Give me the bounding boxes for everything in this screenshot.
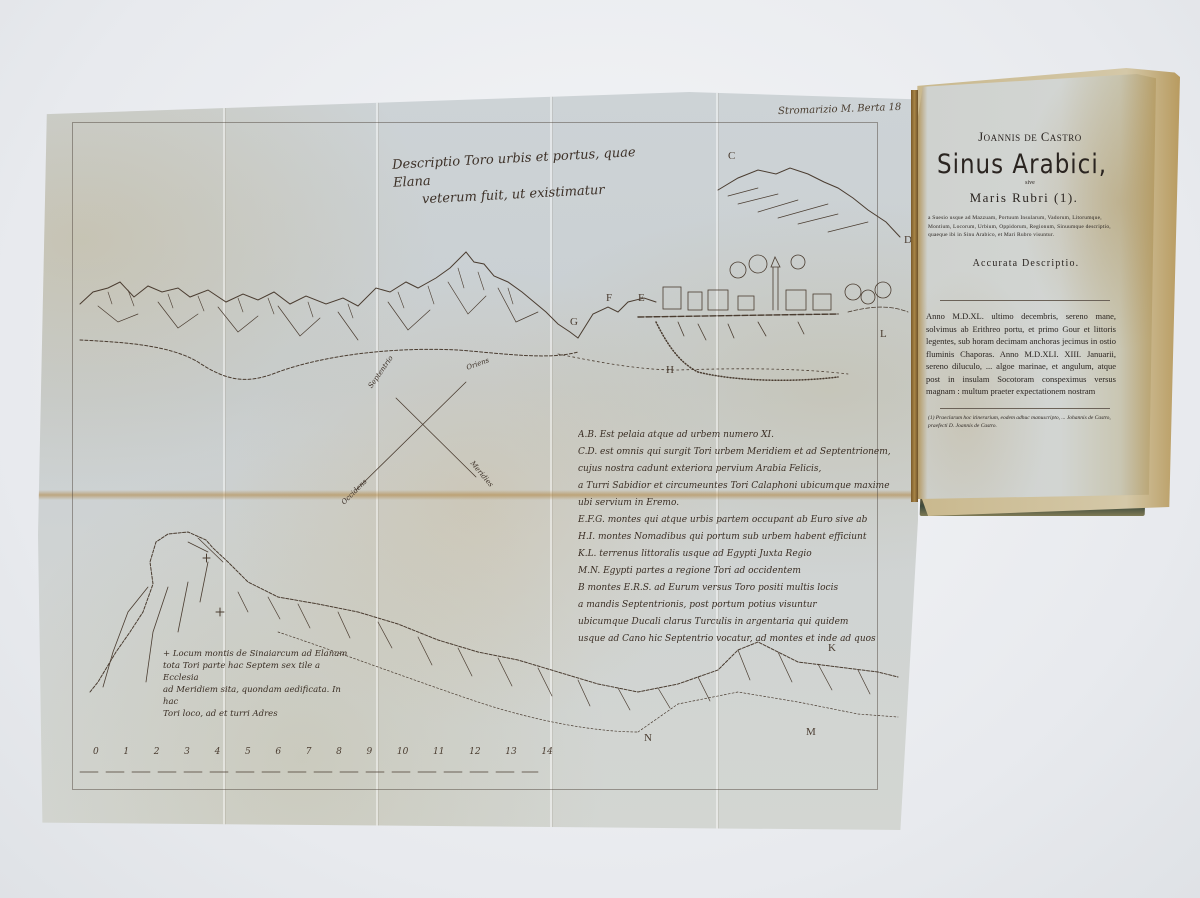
map-scale: 0 1 2 3 4 5 6 7 8 9 10 11 12 13 14 bbox=[93, 747, 553, 757]
scale-tick: 12 bbox=[469, 747, 480, 757]
legend-line: usque ad Cano hic Septentrio vocatur, ad… bbox=[578, 631, 898, 648]
label-m: M bbox=[806, 726, 816, 738]
scale-tick: 9 bbox=[367, 747, 373, 757]
book-subtitle: Maris Rubri (1). bbox=[924, 190, 1124, 206]
mountain-range-upper bbox=[80, 252, 578, 338]
scale-tick: 3 bbox=[184, 747, 190, 757]
scale-tick: 13 bbox=[505, 747, 516, 757]
scale-tick: 10 bbox=[397, 747, 408, 757]
label-e: E bbox=[638, 292, 645, 304]
label-h: H bbox=[666, 364, 674, 376]
scale-tick: 7 bbox=[306, 747, 312, 757]
label-n: N bbox=[644, 732, 652, 744]
book-author: Joannis de Castro bbox=[930, 130, 1130, 145]
book-body-text: Anno M.D.XL. ultimo decembris, sereno ma… bbox=[926, 310, 1116, 398]
legend-line: M.N. Egypti partes a regione Tori ad occ… bbox=[578, 563, 898, 580]
book-title: Sinus Arabici, bbox=[922, 150, 1122, 180]
compass-cross bbox=[356, 382, 476, 490]
scale-tick: 5 bbox=[245, 747, 251, 757]
note-line: ad Meridiem sita, quondam aedificata. In… bbox=[163, 684, 353, 708]
book-sive: sive bbox=[930, 180, 1130, 186]
label-l: L bbox=[880, 328, 887, 340]
book-title-page: Joannis de Castro Sinus Arabici, sive Ma… bbox=[918, 74, 1156, 499]
legend-line: K.L. terrenus littoralis usque ad Egypti… bbox=[578, 546, 898, 563]
legend-line: ubi servium in Eremo. bbox=[578, 495, 898, 512]
legend-line: B montes E.R.S. ad Eurum versus Toro pos… bbox=[578, 580, 898, 597]
legend-line: C.D. est omnis qui surgit Tori urbem Mer… bbox=[578, 444, 898, 461]
scale-tick: 6 bbox=[275, 747, 281, 757]
legend-line: H.I. montes Nomadibus qui portum sub urb… bbox=[578, 529, 898, 546]
scale-tick: 0 bbox=[93, 747, 99, 757]
label-c: C bbox=[728, 150, 735, 162]
legend-line: cujus nostra cadunt exteriora pervium Ar… bbox=[578, 461, 898, 478]
scale-tick: 1 bbox=[123, 747, 129, 757]
scale-tick: 8 bbox=[336, 747, 342, 757]
legend-line: a mandis Septentrionis, post portum poti… bbox=[578, 597, 898, 614]
scale-tick: 2 bbox=[154, 747, 160, 757]
divider-rule bbox=[940, 300, 1110, 301]
scale-tick: 14 bbox=[541, 747, 552, 757]
legend-line: a Turri Sabidior et circumeuntes Tori Ca… bbox=[578, 478, 898, 495]
book-accurata: Accurata Descriptio. bbox=[926, 258, 1126, 269]
town-sketch bbox=[638, 255, 908, 340]
divider-rule bbox=[940, 408, 1110, 409]
scale-tick: 11 bbox=[433, 747, 444, 757]
map-legend: A.B. Est pelaia atque ad urbem numero XI… bbox=[578, 427, 898, 648]
legend-line: ubicumque Ducali clarus Turculis in arge… bbox=[578, 614, 898, 631]
map-note: + Locum montis de Sinaiarcum ad Elanam t… bbox=[163, 648, 353, 720]
label-f: F bbox=[606, 292, 612, 304]
label-g: G bbox=[570, 316, 578, 328]
note-line: + Locum montis de Sinaiarcum ad Elanam bbox=[163, 648, 353, 660]
book-footnote: (1) Praeclarum hoc itinerarium, eodem ad… bbox=[928, 414, 1114, 430]
legend-line: A.B. Est pelaia atque ad urbem numero XI… bbox=[578, 427, 898, 444]
legend-line: E.F.G. montes qui atque urbis partem occ… bbox=[578, 512, 898, 529]
book-gutter bbox=[911, 90, 918, 502]
note-line: tota Tori parte hac Septem sex tile a Ec… bbox=[163, 660, 353, 684]
folding-map: Descriptio Toro urbis et portus, quae El… bbox=[38, 92, 918, 830]
note-line: Tori loco, ad et turri Adres bbox=[163, 708, 353, 720]
scale-tick: 4 bbox=[215, 747, 221, 757]
book-subtitle-small: a Suesio usque ad Mazzuam, Portuum Insul… bbox=[928, 214, 1114, 240]
